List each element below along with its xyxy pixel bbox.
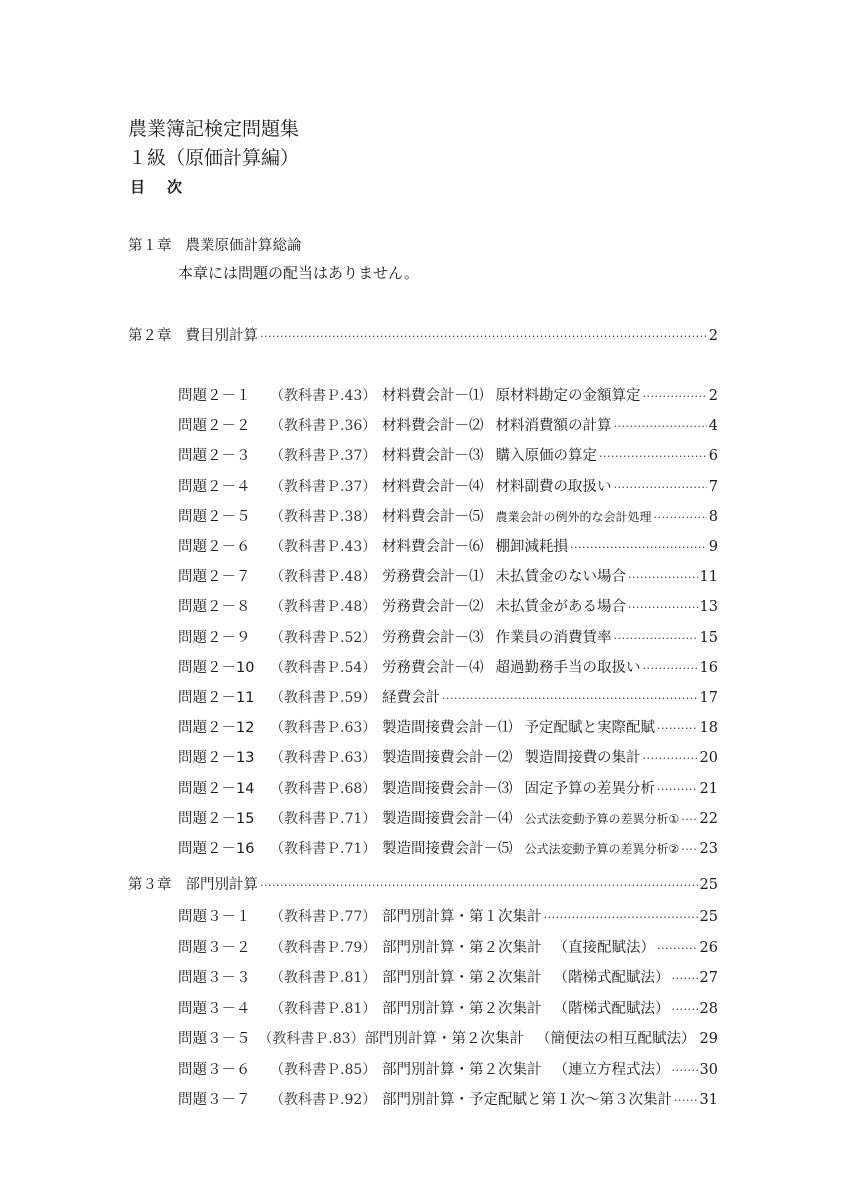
textbook-reference: （教科書Ｐ.54） (270, 657, 382, 677)
page-number: 15 (700, 630, 718, 646)
toc-entry: 問題２－８（教科書Ｐ.48）労務費会計－⑵未払賃金がある場合13 (178, 595, 718, 619)
problem-label: 問題２－２ (178, 414, 270, 435)
toc-entry: 問題２－10（教科書Ｐ.54）労務費会計－⑷超過勤務手当の取扱い16 (178, 656, 718, 680)
toc-entry: 問題２－７（教科書Ｐ.48）労務費会計－⑴未払賃金のない場合11 (178, 565, 718, 589)
problem-topic: 材料費会計－⑵ (382, 414, 484, 435)
toc-entry: 問題２－14（教科書Ｐ.68）製造間接費会計－⑶固定予算の差異分析21 (178, 777, 718, 801)
page-number: 2 (709, 388, 718, 404)
page-number: 27 (700, 970, 718, 986)
dot-leader (442, 692, 698, 705)
toc-entry: 問題２－12（教科書Ｐ.63）製造間接費会計－⑴予定配賦と実際配賦18 (178, 716, 718, 740)
problem-label: 問題２－７ (178, 565, 270, 586)
toc-page: 農業簿記検定問題集 １級（原価計算編） 目次 第１章 農業原価計算総論 本章には… (0, 0, 850, 1200)
problem-subtitle: 購入原価の算定 (496, 444, 598, 465)
textbook-reference: （教科書Ｐ.92） (270, 1089, 382, 1109)
problem-subtitle: 製造間接費の集計 (525, 746, 641, 767)
problem-label: 問題３－４ (178, 997, 270, 1018)
book-title: 農業簿記検定問題集 (128, 114, 299, 141)
problem-label: 問題３－２ (178, 936, 270, 957)
textbook-reference: （教科書Ｐ.52） (270, 627, 382, 647)
toc-heading-char-2: 次 (167, 178, 182, 196)
problem-topic: 労務費会計－⑶ (382, 626, 484, 647)
page-number: 20 (700, 750, 718, 766)
problem-subtitle: 未払賃金のない場合 (496, 565, 627, 586)
problem-subtitle: （連立方程式法） (554, 1058, 670, 1079)
problem-label: 問題３－６ (178, 1058, 270, 1079)
textbook-reference: （教科書Ｐ.81） (270, 998, 382, 1018)
chapter-title: 農業原価計算総論 (186, 234, 302, 255)
dot-leader (628, 601, 698, 614)
problem-label: 問題３－１ (178, 905, 270, 926)
toc-entry: 問題２－２（教科書Ｐ.36）材料費会計－⑵材料消費額の計算4 (178, 414, 718, 438)
problem-label: 問題２－５ (178, 505, 270, 526)
chapter-1-heading: 第１章 農業原価計算総論 (128, 234, 718, 258)
problem-label: 問題２－６ (178, 535, 270, 556)
toc-entry: 問題２－15（教科書Ｐ.71）製造間接費会計－⑷公式法変動予算の差異分析①22 (178, 807, 718, 831)
problem-topic: 部門別計算・第２次集計 (382, 936, 542, 957)
problem-label: 問題２－４ (178, 475, 270, 496)
page-number: 17 (700, 690, 718, 706)
dot-leader (614, 420, 707, 433)
page-number: 22 (700, 811, 718, 827)
dot-leader (657, 783, 698, 796)
page-number: 11 (700, 569, 718, 585)
problem-subtitle: 公式法変動予算の差異分析① (525, 810, 680, 827)
dot-leader (672, 1064, 698, 1077)
problem-label: 問題２－10 (178, 656, 270, 677)
problem-label: 問題２－16 (178, 837, 270, 858)
problem-label: 問題２－15 (178, 807, 270, 828)
problem-topic: 製造間接費会計－⑸ (382, 837, 513, 858)
problem-subtitle: 未払賃金がある場合 (496, 595, 627, 616)
dot-leader (654, 511, 707, 524)
toc-heading: 目次 (130, 176, 182, 197)
toc-heading-char-1: 目 (130, 178, 145, 196)
chapter-number: 第２章 (128, 324, 172, 345)
problem-topic: 製造間接費会計－⑵ (382, 746, 513, 767)
page-number: 9 (709, 539, 718, 555)
problem-subtitle: 材料副費の取扱い (496, 475, 612, 496)
dot-leader (570, 541, 707, 554)
textbook-reference: （教科書Ｐ.63） (270, 747, 382, 767)
toc-entry: 問題３－７（教科書Ｐ.92）部門別計算・予定配賦と第１次～第３次集計31 (178, 1088, 718, 1112)
dot-leader (657, 942, 698, 955)
problem-topic: 材料費会計－⑶ (382, 444, 484, 465)
problem-label: 問題３－３ (178, 966, 270, 987)
problem-topic: 材料費会計－⑷ (382, 475, 484, 496)
textbook-reference: （教科書Ｐ.48） (270, 566, 382, 586)
textbook-reference: （教科書Ｐ.68） (270, 778, 382, 798)
dot-leader (681, 843, 697, 856)
chapter-title: 部門別計算 (186, 873, 259, 894)
problem-label: 問題２－11 (178, 686, 270, 707)
toc-entry: 問題３－２（教科書Ｐ.79）部門別計算・第２次集計（直接配賦法）26 (178, 936, 718, 960)
toc-entry: 問題２－11（教科書Ｐ.59）経費会計17 (178, 686, 718, 710)
chapter-title: 費目別計算 (186, 324, 259, 345)
problem-subtitle: （直接配賦法） (554, 936, 656, 957)
problem-topic: 製造間接費会計－⑷ (382, 807, 513, 828)
book-subtitle: １級（原価計算編） (128, 143, 299, 170)
toc-entry: 問題２－１（教科書Ｐ.43）材料費会計－⑴原材料勘定の金額算定2 (178, 384, 718, 408)
problem-label: 問題２－14 (178, 777, 270, 798)
problem-topic: 経費会計 (382, 686, 440, 707)
problem-subtitle: 作業員の消費賃率 (496, 626, 612, 647)
page-number: 7 (709, 479, 718, 495)
dot-leader (260, 879, 698, 892)
problem-label: 問題２－12 (178, 716, 270, 737)
chapter-number: 第３章 (128, 873, 172, 894)
textbook-reference: （教科書Ｐ.81） (270, 967, 382, 987)
page-number: 6 (709, 448, 718, 464)
textbook-reference: （教科書Ｐ.36） (270, 415, 382, 435)
chapter-1-note: 本章には問題の配当はありません。 (178, 262, 419, 283)
textbook-reference: （教科書Ｐ.48） (270, 596, 382, 616)
problem-label: 問題３－７ (178, 1088, 270, 1109)
page-number: 28 (700, 1001, 718, 1017)
problem-subtitle: 超過勤務手当の取扱い (496, 656, 641, 677)
problem-label: 問題２－１ (178, 384, 270, 405)
dot-leader (643, 752, 698, 765)
chapter-3-heading: 第３章 部門別計算 25 (128, 873, 718, 897)
problem-topic: 材料費会計－⑸ (382, 505, 484, 526)
dot-leader (657, 722, 698, 735)
toc-entry: 問題３－１（教科書Ｐ.77）部門別計算・第１次集計25 (178, 905, 718, 929)
dot-leader (260, 330, 707, 343)
textbook-reference: （教科書Ｐ.43） (270, 385, 382, 405)
dot-leader (674, 1094, 698, 1107)
toc-entry: 問題２－６（教科書Ｐ.43）材料費会計－⑹棚卸減耗損9 (178, 535, 718, 559)
page-number: 25 (700, 877, 718, 893)
textbook-reference: （教科書Ｐ.71） (270, 838, 382, 858)
problem-topic: 製造間接費会計－⑴ (382, 716, 513, 737)
toc-entry: 問題３－３（教科書Ｐ.81）部門別計算・第２次集計（階梯式配賦法）27 (178, 966, 718, 990)
dot-leader (643, 390, 707, 403)
problem-subtitle: 予定配賦と実際配賦 (525, 716, 656, 737)
problem-label: 問題２－３ (178, 444, 270, 465)
page-number: 31 (700, 1092, 718, 1108)
dot-leader (599, 450, 707, 463)
page-number: 25 (700, 909, 718, 925)
toc-entry: 問題２－３（教科書Ｐ.37）材料費会計－⑶購入原価の算定6 (178, 444, 718, 468)
problem-topic: 材料費会計－⑴ (382, 384, 484, 405)
problem-subtitle: 原材料勘定の金額算定 (496, 384, 641, 405)
problem-subtitle: 農業会計の例外的な会計処理 (496, 508, 652, 525)
textbook-reference: （教科書Ｐ.79） (270, 937, 382, 957)
page-number: 18 (700, 720, 718, 736)
page-number: 4 (709, 418, 718, 434)
problem-topic: 部門別計算・第２次集計 (365, 1027, 525, 1048)
textbook-reference: （教科書Ｐ.77） (270, 906, 382, 926)
textbook-reference: （教科書Ｐ.38） (270, 506, 382, 526)
page-number: 13 (700, 599, 718, 615)
toc-entry: 問題３－５（教科書Ｐ.83）部門別計算・第２次集計（簡便法の相互配賦法）29 (178, 1027, 718, 1051)
problem-subtitle: 公式法変動予算の差異分析② (525, 840, 680, 857)
problem-topic: 部門別計算・第２次集計 (382, 966, 542, 987)
toc-entry: 問題２－９（教科書Ｐ.52）労務費会計－⑶作業員の消費賃率15 (178, 626, 718, 650)
chapter-2-heading: 第２章 費目別計算 2 (128, 324, 718, 348)
problem-topic: 労務費会計－⑵ (382, 595, 484, 616)
problem-topic: 労務費会計－⑷ (382, 656, 484, 677)
dot-leader (672, 972, 698, 985)
toc-entry: 問題２－16（教科書Ｐ.71）製造間接費会計－⑸公式法変動予算の差異分析②23 (178, 837, 718, 861)
problem-subtitle: （階梯式配賦法） (554, 997, 670, 1018)
page-number: 29 (700, 1031, 718, 1047)
problem-subtitle: （階梯式配賦法） (554, 966, 670, 987)
toc-entry: 問題２－４（教科書Ｐ.37）材料費会計－⑷材料副費の取扱い7 (178, 475, 718, 499)
problem-label: 問題２－13 (178, 746, 270, 767)
textbook-reference: （教科書Ｐ.37） (270, 476, 382, 496)
problem-subtitle: 固定予算の差異分析 (525, 777, 656, 798)
page-number: 30 (700, 1062, 718, 1078)
problem-subtitle: （簡便法の相互配賦法） (536, 1027, 696, 1048)
problem-topic: 部門別計算・予定配賦と第１次～第３次集計 (382, 1088, 672, 1109)
toc-entry: 問題２－13（教科書Ｐ.63）製造間接費会計－⑵製造間接費の集計20 (178, 746, 718, 770)
dot-leader (681, 813, 697, 826)
textbook-reference: （教科書Ｐ.59） (270, 687, 382, 707)
problem-topic: 部門別計算・第１次集計 (382, 905, 542, 926)
dot-leader (643, 662, 698, 675)
problem-topic: 部門別計算・第２次集計 (382, 1058, 542, 1079)
problem-topic: 製造間接費会計－⑶ (382, 777, 513, 798)
page-number: 26 (700, 940, 718, 956)
dot-leader (614, 481, 707, 494)
textbook-reference: （教科書Ｐ.71） (270, 808, 382, 828)
dot-leader (544, 911, 698, 924)
problem-label: 問題２－８ (178, 595, 270, 616)
problem-subtitle: 棚卸減耗損 (496, 535, 569, 556)
dot-leader (628, 571, 698, 584)
problem-subtitle: 材料消費額の計算 (496, 414, 612, 435)
textbook-reference: （教科書Ｐ.85） (270, 1059, 382, 1079)
page-number: 2 (709, 328, 718, 344)
chapter-number: 第１章 (128, 234, 172, 255)
dot-leader (672, 1003, 698, 1016)
problem-topic: 部門別計算・第２次集計 (382, 997, 542, 1018)
textbook-reference: （教科書Ｐ.37） (270, 445, 382, 465)
toc-entry: 問題２－５（教科書Ｐ.38）材料費会計－⑸農業会計の例外的な会計処理8 (178, 505, 718, 529)
dot-leader (614, 632, 698, 645)
textbook-reference: （教科書Ｐ.43） (270, 536, 382, 556)
toc-entry: 問題３－４（教科書Ｐ.81）部門別計算・第２次集計（階梯式配賦法）28 (178, 997, 718, 1021)
toc-entry: 問題３－６（教科書Ｐ.85）部門別計算・第２次集計（連立方程式法）30 (178, 1058, 718, 1082)
problem-topic: 労務費会計－⑴ (382, 565, 484, 586)
textbook-reference: （教科書Ｐ.83） (258, 1028, 364, 1048)
problem-topic: 材料費会計－⑹ (382, 535, 484, 556)
page-number: 23 (700, 841, 718, 857)
textbook-reference: （教科書Ｐ.63） (270, 717, 382, 737)
problem-label: 問題３－５ (178, 1027, 258, 1048)
page-number: 8 (709, 509, 718, 525)
page-number: 21 (700, 781, 718, 797)
page-number: 16 (700, 660, 718, 676)
problem-label: 問題２－９ (178, 626, 270, 647)
